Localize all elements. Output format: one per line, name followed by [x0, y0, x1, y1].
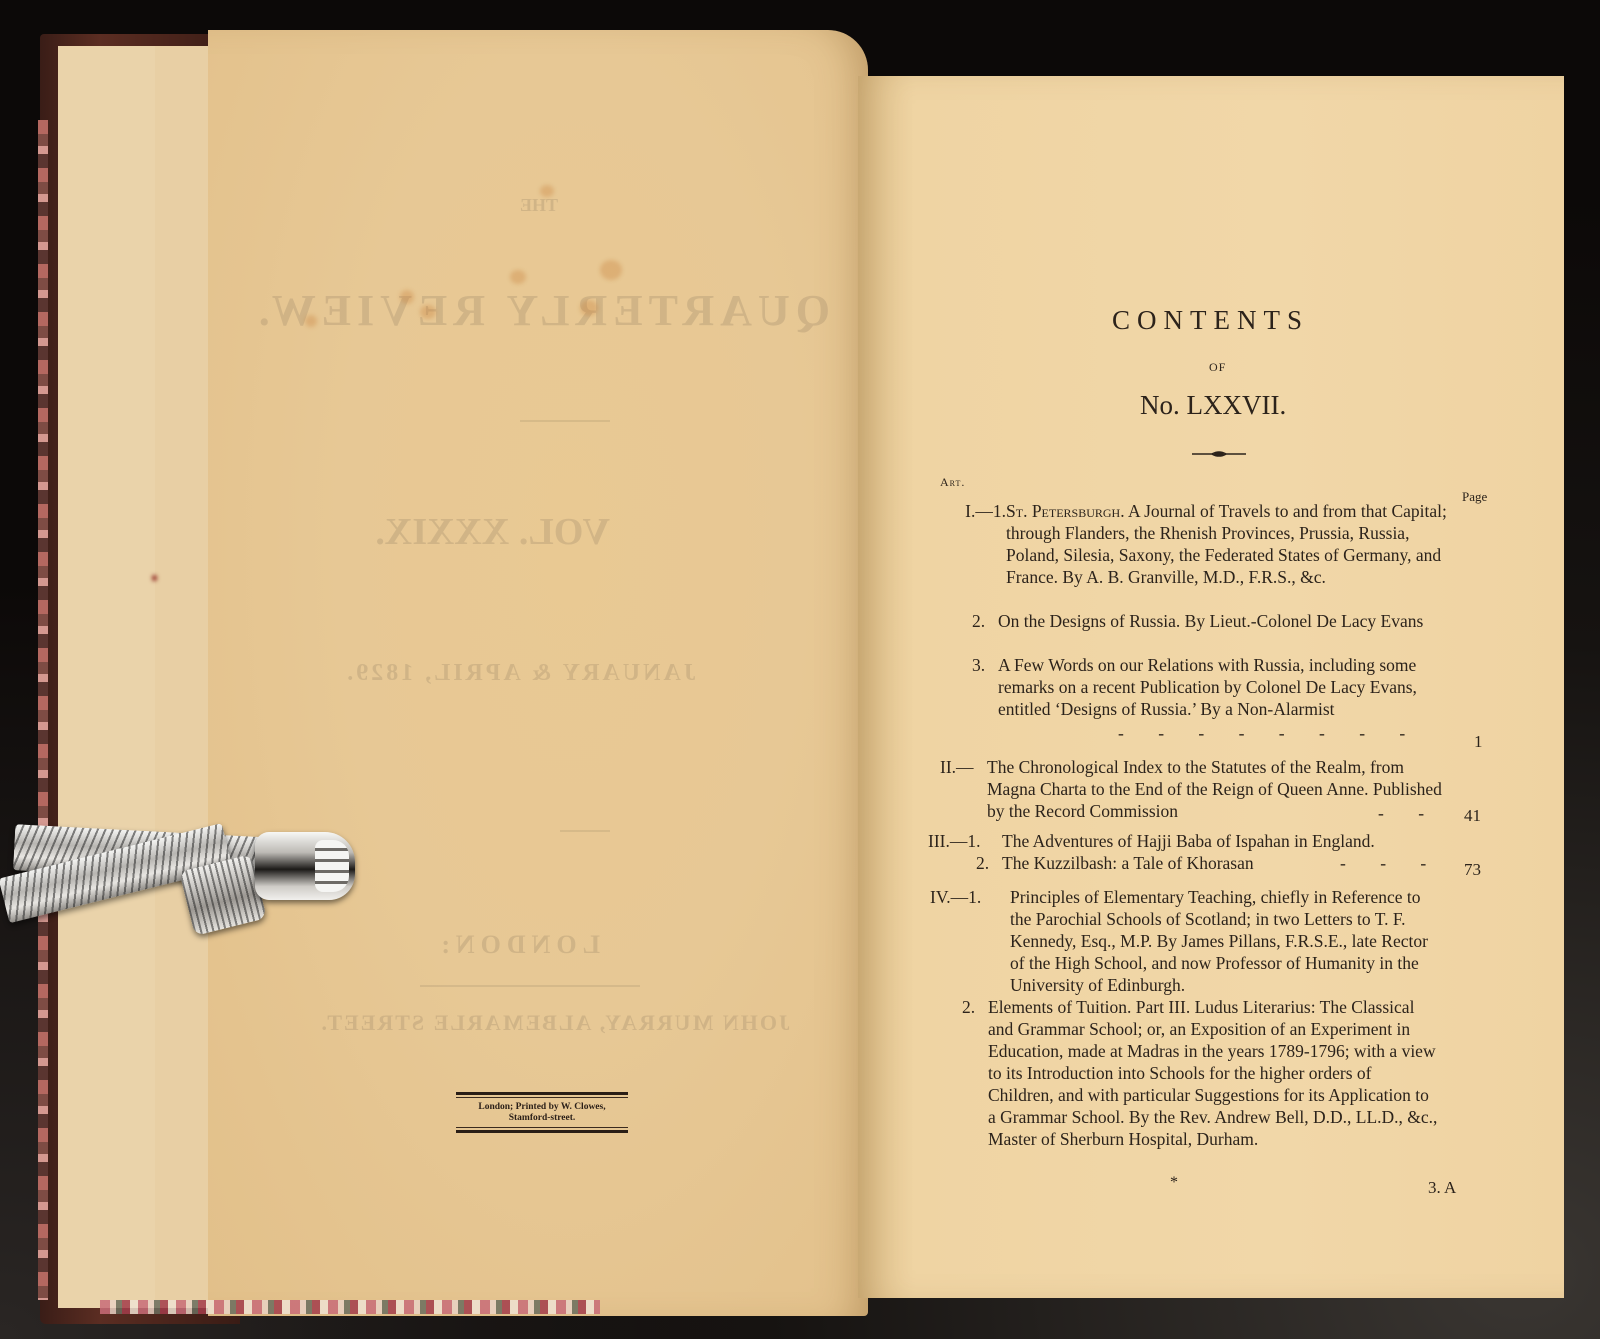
toc-entry: 2. — [972, 610, 985, 632]
toc-entry: 3. — [972, 654, 985, 676]
toc-entry-body: Elements of Tuition. Part III. Ludus Lit… — [988, 996, 1440, 1150]
dot-leader: - - — [1378, 802, 1424, 824]
imprint-line-1: London; Printed by W. Clowes, — [456, 1102, 628, 1113]
imprint-rule — [456, 1092, 628, 1095]
clip-hand-icon — [255, 832, 355, 900]
toc-entry: 2. — [976, 852, 989, 874]
showthrough-london: LONDON: — [450, 930, 600, 960]
showthrough-rule — [520, 420, 610, 422]
stain-mark — [152, 575, 157, 581]
entry-number: 2. — [972, 611, 985, 631]
foxing-spot — [600, 260, 622, 280]
entry-text: The Kuzzilbash: a Tale of Khorasan — [1002, 853, 1254, 873]
showthrough-title: QUARTERLY REVIEW. — [290, 285, 830, 336]
entry-number: II.— — [940, 757, 974, 777]
entry-text: On the Designs of Russia. By Lieut.-Colo… — [998, 611, 1423, 631]
toc-entry: 2. — [962, 996, 975, 1018]
printer-imprint: London; Printed by W. Clowes, Stamford-s… — [456, 1092, 628, 1138]
signature-mark: 3. A — [1428, 1178, 1456, 1198]
toc-entry-body: A Few Words on our Relations with Russia… — [998, 654, 1453, 720]
showthrough-the: THE — [520, 195, 558, 216]
showthrough-date: JANUARY & APRIL, 1829. — [330, 660, 710, 687]
dot-leader: - - - - - - - - — [1118, 722, 1405, 744]
showthrough-volume: VOL. XXXIX. — [430, 510, 610, 554]
entry-text: Principles of Elementary Teaching, chief… — [1010, 887, 1428, 995]
entry-number: 2. — [976, 853, 989, 873]
contents-heading: CONTENTS — [1112, 305, 1309, 336]
foxing-spot — [580, 300, 598, 316]
art-label: Art. — [940, 475, 965, 490]
toc-entry: II.— — [940, 756, 974, 778]
issue-number: No. LXXVII. — [1140, 390, 1286, 421]
showthrough-rule — [560, 830, 610, 832]
flyleaf — [58, 46, 169, 1308]
toc-entry: IV.—1. — [930, 886, 981, 908]
foxing-spot — [305, 315, 317, 327]
marbled-page-edge — [100, 1300, 600, 1314]
foxing-spot — [400, 290, 414, 304]
flyleaf-inner — [155, 46, 216, 1308]
entry-text: The Adventures of Hajji Baba of Ispahan … — [1002, 831, 1375, 851]
toc-entry-body: Principles of Elementary Teaching, chief… — [1010, 886, 1444, 996]
entry-number: I.—1. — [958, 500, 1006, 522]
page-number: 1 — [1474, 732, 1483, 752]
page-number: 41 — [1464, 806, 1481, 826]
ornament-rule-icon — [1192, 450, 1246, 458]
page-column-label: Page — [1462, 489, 1487, 505]
foxing-spot — [540, 185, 554, 197]
entry-number: IV.—1. — [930, 887, 981, 907]
entry-text: The Chronological Index to the Statutes … — [987, 757, 1442, 821]
foxing-spot — [510, 270, 526, 284]
entry-text: Elements of Tuition. Part III. Ludus Lit… — [988, 997, 1437, 1149]
entry-number: 3. — [972, 655, 985, 675]
entry-lead: St. Petersburgh. — [1006, 501, 1125, 521]
toc-entry: III.—1. — [928, 830, 980, 852]
toc-entry-body: The Adventures of Hajji Baba of Ispahan … — [1002, 830, 1452, 852]
imprint-rule — [456, 1130, 628, 1133]
signature-asterisk: * — [1170, 1174, 1178, 1192]
imprint-line-2: Stamford-street. — [456, 1113, 628, 1124]
showthrough-publisher: JOHN MURRAY, ALBEMARLE STREET. — [330, 1010, 790, 1036]
toc-entry-body: On the Designs of Russia. By Lieut.-Colo… — [998, 610, 1453, 632]
showthrough-rule — [420, 985, 640, 987]
entry-number: III.—1. — [928, 831, 980, 851]
imprint-rule — [456, 1127, 628, 1128]
entry-number: 2. — [962, 997, 975, 1017]
entry-text: A Few Words on our Relations with Russia… — [998, 655, 1417, 719]
foxing-spot — [420, 305, 436, 319]
toc-entry-body: St. Petersburgh. A Journal of Travels to… — [1006, 500, 1454, 588]
contents-of: OF — [1209, 360, 1226, 375]
toc-entry-body: The Kuzzilbash: a Tale of Khorasan — [1002, 852, 1322, 874]
marbled-endpaper-edge — [38, 120, 48, 1300]
page-number: 73 — [1464, 860, 1481, 880]
dot-leader: - - - — [1340, 852, 1426, 874]
